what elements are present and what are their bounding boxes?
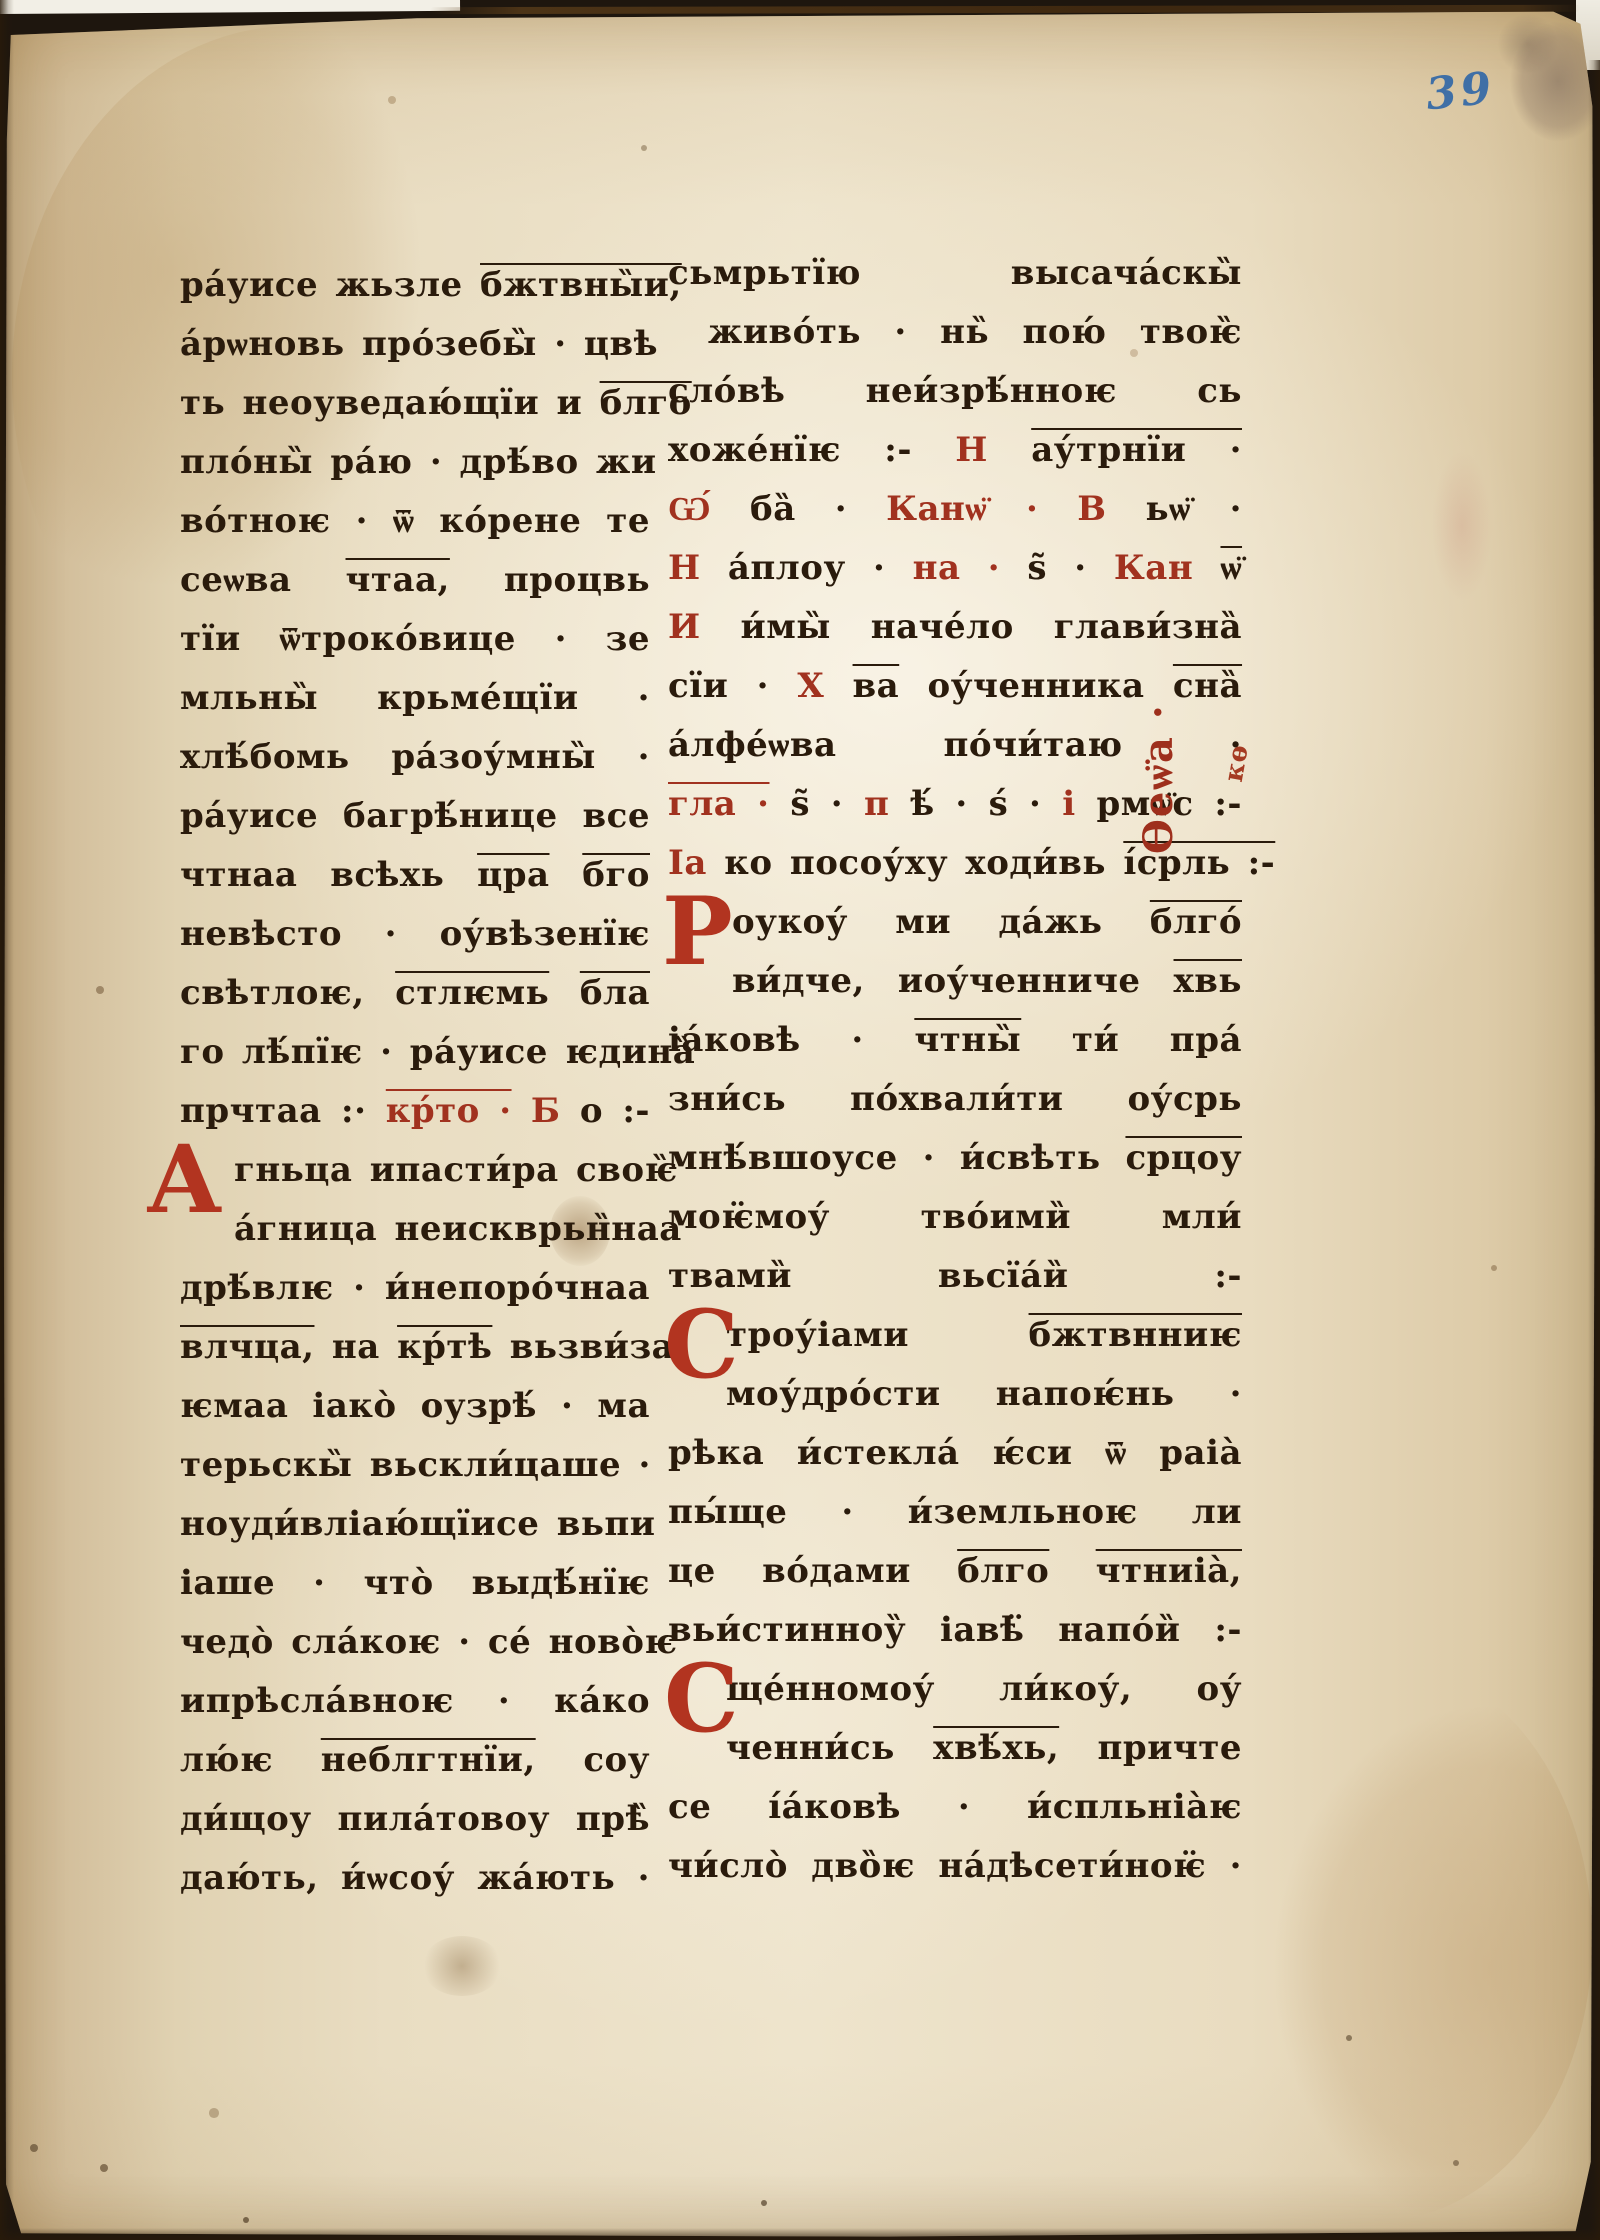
text-line: живо́ть · нь̏ пою́ твоѥ̏: [668, 303, 1242, 362]
rubric-text-run: Канѡ̈ ·: [886, 489, 1038, 529]
ink-text-run: ѣ́ ·: [910, 784, 968, 824]
ink-text-run: сїи ·: [668, 666, 769, 706]
text-line: влчца, на кр́тѣ вьзви́за: [180, 1318, 650, 1377]
text-line: вьи́стинноу̏ іавѣ̈ напо́и̏ :-: [668, 1601, 1242, 1660]
text-line: свѣтлоѥ, стлѥмь бла: [180, 964, 650, 1023]
rubric-text-run: Х: [797, 666, 824, 706]
text-line: зни́сь по́хвали́ти оу́срь: [668, 1070, 1242, 1129]
ink-text-run: живо́ть · нь̏ пою́ твоѥ̏: [708, 312, 1242, 352]
text-line: чедо̀ сла́коѥ · се́ ново̀ѥ: [180, 1613, 650, 1672]
ink-text-run: ти́ пра́: [1072, 1020, 1242, 1060]
manuscript-page: 39 ра́уисе жьзле бжтвны̏и,а́рѡновь про́з…: [2, 6, 1598, 2240]
ink-text-run: оукоу́ ми да́жь: [732, 902, 1102, 942]
photograph-of-manuscript: { "page": { "folio_number": "39" }, "mar…: [0, 0, 1600, 2240]
ink-text-run: чи́сло̀ дво̏ѥ на́дѣсети́ноѥ̈ ·: [668, 1846, 1242, 1886]
text-line: прчтаа :· кр́то · Б о :-: [180, 1082, 650, 1141]
text-line: лю́ѥ неблгтнїи, соу: [180, 1731, 650, 1790]
ink-text-run: срцоу: [1125, 1138, 1242, 1178]
ink-text-run: бла: [580, 973, 650, 1013]
ink-text-run: сло́вѣ неи́зрѣ́нноѥ сь: [668, 371, 1242, 411]
ink-text-run: мльны̏ крьме́щїи ·: [180, 678, 650, 718]
ink-text-run: моѥ̈моу́ тво́ими̏ мли́: [668, 1197, 1242, 1237]
ink-text-run: чедо̀ сла́коѥ · се́ ново̀ѥ: [180, 1622, 678, 1662]
ink-text-run: ьѡ̈ ·: [1146, 489, 1242, 529]
ink-text-run: троу́іами: [726, 1315, 909, 1355]
text-line: невѣсто · оу́вѣзенїѥ: [180, 905, 650, 964]
ink-text-run: свѣтлоѥ,: [180, 973, 365, 1013]
text-line: во́тноѥ · ѿ ко́рене те: [180, 492, 650, 551]
ink-text-run: ба̏ ·: [750, 489, 847, 529]
ink-text-run: бжтвны̏и,: [480, 265, 682, 305]
ink-text-run: а́плоу ·: [728, 548, 885, 588]
ink-text-run: а́рѡновь про́зебы̏ · цвѣ: [180, 324, 658, 364]
ink-text-run: ще́нномоу́ ли́коу́, оу́: [726, 1669, 1242, 1709]
text-line: ть неоуведаю́щїи и блго: [180, 374, 650, 433]
ink-text-run: іа́ковѣ ·: [668, 1020, 864, 1060]
rubric-text-run: на ·: [913, 548, 1001, 588]
ink-text-run: се і́а́ковѣ · и́спльніа̀ѥ: [668, 1787, 1242, 1827]
ink-text-run: сна̏: [1173, 666, 1242, 706]
ink-text-run: гньца ипасти́ра своѥ̏: [234, 1150, 678, 1190]
text-line: це во́дами блго чтниіа̀,: [668, 1542, 1242, 1601]
text-line: ви́дче, иоу́ченниче хвь: [668, 952, 1242, 1011]
ink-text-run: ченни́сь: [726, 1728, 895, 1768]
ink-text-run: чтаа,: [346, 560, 450, 600]
ink-text-run: пы́ще · и́земльноѥ ли: [668, 1492, 1242, 1532]
text-column-left: ра́уисе жьзле бжтвны̏и,а́рѡновь про́зебы…: [180, 256, 650, 1908]
text-line: сьмрьтїю высача́скы̏: [668, 244, 1242, 303]
ink-text-run: а́гница неискврьн̏наа: [234, 1209, 682, 1249]
ink-text-run: тїи ѿтроко́вице · зе: [180, 619, 650, 659]
text-line: се і́а́ковѣ · и́спльніа̀ѥ: [668, 1778, 1242, 1837]
text-line: ра́уисе багрѣ́нице все: [180, 787, 650, 846]
ink-text-run: бго: [582, 855, 650, 895]
text-line: а́рѡновь про́зебы̏ · цвѣ: [180, 315, 650, 374]
text-line: Строу́іами бжтвнниѥ: [668, 1306, 1242, 1365]
text-column-right: сьмрьтїю высача́скы̏живо́ть · нь̏ пою́ т…: [668, 244, 1242, 1896]
text-line: пло́ны̏ ра́ю · дрѣ́во жи: [180, 433, 650, 492]
ink-text-run: сеѡва: [180, 560, 292, 600]
ink-text-run: чтны̏: [914, 1020, 1021, 1060]
ink-text-run: ви́дче, иоу́ченниче: [732, 961, 1141, 1001]
text-line: даю́ть, и́ѡсоу́ жа́ють ·: [180, 1849, 650, 1908]
text-line: ѥмаа іако̀ оузрѣ́ · ма: [180, 1377, 650, 1436]
text-line: ченни́сь хвѣ́хь, причте: [668, 1719, 1242, 1778]
ink-text-run: ипрѣсла́вноѥ · ка́ко: [180, 1681, 650, 1721]
ink-text-run: ра́уисе багрѣ́нице все: [180, 796, 650, 836]
ink-text-run: блго: [957, 1551, 1049, 1591]
ink-text-run: влчца,: [180, 1327, 314, 1367]
ink-text-run: даю́ть, и́ѡсоу́ жа́ють ·: [180, 1858, 650, 1898]
ink-text-run: ноуди́вліаю́щїисе вьпи: [180, 1504, 656, 1544]
text-line: го лѣ́пїѥ · ра́уисе ѥдина̏: [180, 1023, 650, 1082]
ink-text-run: вьи́стинноу̏ іавѣ̈ напо́и̏ :-: [668, 1610, 1242, 1650]
text-line: Ѡ́ ба̏ · Канѡ̈ · В ьѡ̈ ·: [668, 480, 1242, 539]
text-line: ди́щоу пила́товоу прѣ̏: [180, 1790, 650, 1849]
text-line: моу́дро́сти напоѥ́нь ·: [668, 1365, 1242, 1424]
ink-text-run: зни́сь по́хвали́ти оу́срь: [668, 1079, 1242, 1119]
stain: [422, 1936, 502, 1996]
rubric-text-run: Н: [955, 430, 988, 470]
text-line: ипрѣсла́вноѥ · ка́ко: [180, 1672, 650, 1731]
ink-text-run: іаше · что̀ выдѣ́нїѥ: [180, 1563, 650, 1603]
text-line: хоже́нїѥ :- Н ау́трнїи ·: [668, 421, 1242, 480]
text-line: чтнаа всѣхь цра бго: [180, 846, 650, 905]
ink-text-run: ѕ̃ ·: [1027, 548, 1086, 588]
ink-text-run: рѣка и́стекла́ ѥ́си ѿ раіа̀: [668, 1433, 1242, 1473]
ink-text-run: ау́трнїи ·: [1031, 430, 1242, 470]
ink-text-run: ди́щоу пила́товоу прѣ̏: [180, 1799, 650, 1839]
rubric-text-run: И: [668, 607, 701, 647]
ink-text-run: оу́ченника: [928, 666, 1145, 706]
rubric-text-run: Н: [668, 548, 701, 588]
ink-text-run: твами̏ вьсїа́и̏ :-: [668, 1256, 1242, 1296]
text-line: Агньца ипасти́ра своѥ̏: [180, 1141, 650, 1200]
text-line: рѣка и́стекла́ ѥ́си ѿ раіа̀: [668, 1424, 1242, 1483]
stain: [1422, 426, 1502, 626]
ink-text-run: чтнаа всѣхь: [180, 855, 444, 895]
ink-text-run: стлѥмь: [395, 973, 549, 1013]
rubric-text-run: Б: [531, 1091, 561, 1131]
rubric-text-run: Ѡ́: [668, 489, 711, 529]
ink-text-run: го лѣ́пїѥ · ра́уисе ѥдина̏: [180, 1032, 695, 1072]
page-edge-shadow-right: [1588, 60, 1600, 2240]
text-line: дрѣ́влѥ · и́непоро́чнаа: [180, 1259, 650, 1318]
ink-text-run: ть неоуведаю́щїи и: [180, 383, 582, 423]
rubric-text-run: і: [1062, 784, 1075, 824]
text-line: Роукоу́ ми да́жь блго́: [668, 893, 1242, 952]
ink-text-run: хвь: [1174, 961, 1242, 1001]
text-line: іаше · что̀ выдѣ́нїѥ: [180, 1554, 650, 1613]
ink-text-run: невѣсто · оу́вѣзенїѥ: [180, 914, 650, 954]
ink-text-run: дрѣ́влѥ · и́непоро́чнаа: [180, 1268, 650, 1308]
ink-text-run: ва: [853, 666, 900, 706]
text-line: мнѣ́вшоусе · и́свѣть срцоу: [668, 1129, 1242, 1188]
ink-text-run: ѕ̃ ·: [790, 784, 843, 824]
text-line: чи́сло̀ дво̏ѥ на́дѣсети́ноѥ̈ ·: [668, 1837, 1242, 1896]
ink-text-run: вьзви́за: [510, 1327, 674, 1367]
text-line: ра́уисе жьзле бжтвны̏и,: [180, 256, 650, 315]
page-edge-shadow-bottom: [0, 2228, 1600, 2240]
text-line: И и́мы̏ наче́ло глави́зна̏: [668, 598, 1242, 657]
text-line: мльны̏ крьме́щїи ·: [180, 669, 650, 728]
ink-text-run: хоже́нїѥ :-: [668, 430, 912, 470]
ink-text-run: ко посоу́ху ходи́вь: [724, 843, 1106, 883]
ink-text-run: терьскы̏ вьскли́цаше ·: [180, 1445, 651, 1485]
ink-text-run: во́тноѥ · ѿ ко́рене те: [180, 501, 650, 541]
ink-text-run: бжтвнниѥ: [1029, 1315, 1242, 1355]
ink-text-run: хлѣ́бомь ра́зоу́мны̏ ·: [180, 737, 650, 777]
text-line: Сще́нномоу́ ли́коу́, оу́: [668, 1660, 1242, 1719]
rubric-text-run: кр́то ·: [386, 1091, 512, 1131]
ink-text-run: о :-: [580, 1091, 650, 1131]
ink-text-run: процвь: [504, 560, 650, 600]
ink-text-run: причте: [1098, 1728, 1242, 1768]
text-line: ноуди́вліаю́щїисе вьпи: [180, 1495, 650, 1554]
page-edge-shadow-left: [0, 0, 14, 2240]
ink-text-run: и́мы̏ наче́ло глави́зна̏: [741, 607, 1242, 647]
ink-text-run: хвѣ́хь,: [933, 1728, 1059, 1768]
marginal-note-small-mark: кѳ: [1219, 742, 1255, 784]
marginal-note: Ѳеѡ̈а ·: [1136, 808, 1386, 854]
text-line: тїи ѿтроко́вице · зе: [180, 610, 650, 669]
text-line: іа́ковѣ · чтны̏ ти́ пра́: [668, 1011, 1242, 1070]
ink-text-run: ѥмаа іако̀ оузрѣ́ · ма: [180, 1386, 650, 1426]
ink-text-run: пло́ны̏ ра́ю · дрѣ́во жи: [180, 442, 657, 482]
ink-text-run: соу: [583, 1740, 650, 1780]
underlying-page-edge: [0, 0, 460, 14]
text-line: моѥ̈моу́ тво́ими̏ мли́: [668, 1188, 1242, 1247]
text-line: сло́вѣ неи́зрѣ́нноѥ сь: [668, 362, 1242, 421]
text-line: а́гница неискврьн̏наа: [180, 1200, 650, 1259]
ink-text-run: цра: [477, 855, 549, 895]
text-line: пы́ще · и́земльноѥ ли: [668, 1483, 1242, 1542]
ink-text-run: ѕ́ ·: [989, 784, 1042, 824]
ink-text-run: на: [332, 1327, 380, 1367]
ink-text-run: лю́ѥ: [180, 1740, 273, 1780]
text-line: терьскы̏ вьскли́цаше ·: [180, 1436, 650, 1495]
ink-text-run: чтниіа̀,: [1096, 1551, 1242, 1591]
text-line: сеѡва чтаа, процвь: [180, 551, 650, 610]
ink-text-run: ѡ̈: [1220, 548, 1242, 588]
ink-text-run: блго́: [1150, 902, 1242, 942]
rubric-text-run: гла ·: [668, 784, 770, 824]
rubric-text-run: п: [864, 784, 889, 824]
rubric-text-run: Кан: [1114, 548, 1193, 588]
text-line: твами̏ вьсїа́и̏ :-: [668, 1247, 1242, 1306]
ink-text-run: ра́уисе жьзле: [180, 265, 463, 305]
ink-text-run: кр́тѣ: [397, 1327, 492, 1367]
ink-text-run: це во́дами: [668, 1551, 911, 1591]
ink-text-run: моу́дро́сти напоѥ́нь ·: [726, 1374, 1242, 1414]
ink-text-run: сьмрьтїю высача́скы̏: [668, 253, 1242, 293]
ink-text-run: неблгтнїи,: [321, 1740, 536, 1780]
folio-number: 39: [1424, 63, 1498, 121]
text-line: Н а́плоу · на · ѕ̃ · Кан ѡ̈: [668, 539, 1242, 598]
rubric-text-run: В: [1077, 489, 1106, 529]
text-line: хлѣ́бомь ра́зоу́мны̏ ·: [180, 728, 650, 787]
ink-text-run: мнѣ́вшоусе · и́свѣть: [668, 1138, 1101, 1178]
